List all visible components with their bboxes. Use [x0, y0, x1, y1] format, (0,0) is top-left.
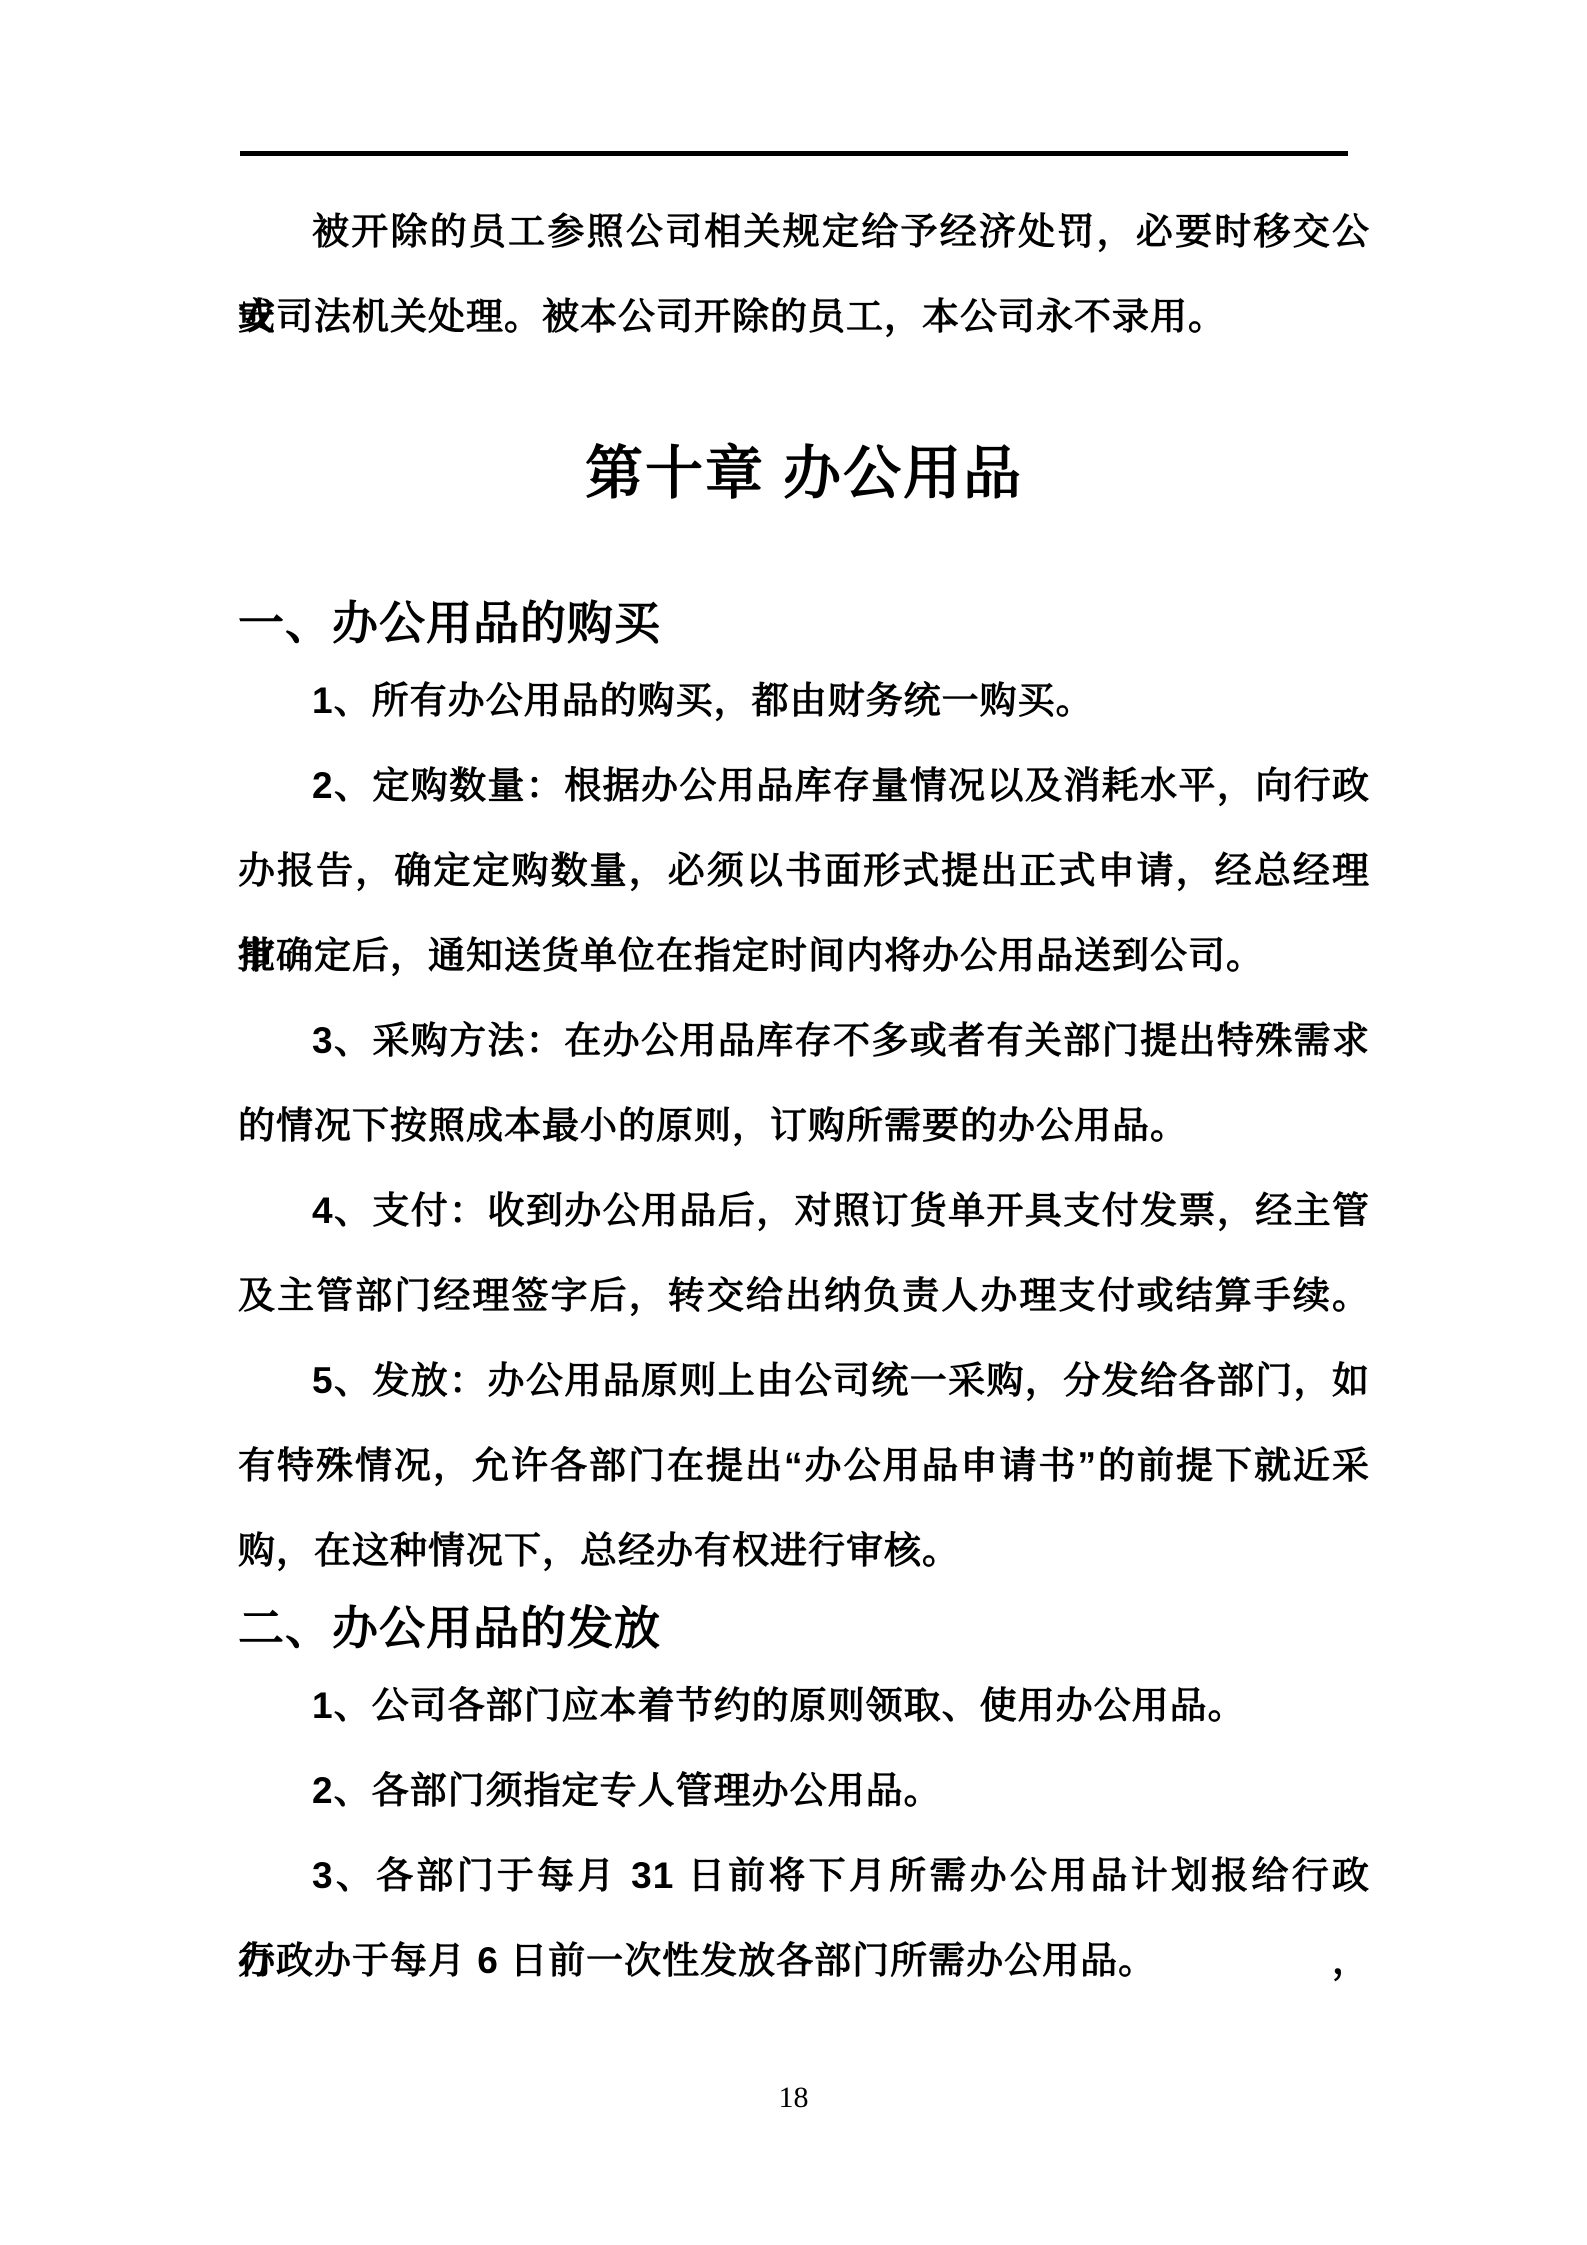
text-line: 办报告，确定定购数量，必须以书面形式提出正式申请，经总经理审 [238, 828, 1370, 913]
text-line: 2、各部门须指定专人管理办公用品。 [238, 1748, 1370, 1833]
paragraph-s2-item2: 2、各部门须指定专人管理办公用品。 [238, 1748, 1370, 1833]
text-line: 的情况下按照成本最小的原则，订购所需要的办公用品。 [238, 1083, 1370, 1168]
text-line: 及主管部门经理签字后，转交给出纳负责人办理支付或结算手续。 [238, 1253, 1370, 1338]
paragraph-s1-item5: 5、发放：办公用品原则上由公司统一采购，分发给各部门，如 有特殊情况，允许各部门… [238, 1338, 1370, 1593]
paragraph-s2-item3: 3、各部门于每月 31 日前将下月所需办公用品计划报给行政办， 行政办于每月 6… [238, 1833, 1370, 2003]
paragraph-s1-item3: 3、采购方法：在办公用品库存不多或者有关部门提出特殊需求 的情况下按照成本最小的… [238, 998, 1370, 1168]
page-content: 被开除的员工参照公司相关规定给予经济处罚，必要时移交公安 或司法机关处理。被本公… [238, 0, 1370, 2003]
page-number: 18 [0, 2078, 1587, 2118]
section1-heading: 一、办公用品的购买 [238, 588, 1370, 658]
text-line: 或司法机关处理。被本公司开除的员工，本公司永不录用。 [238, 274, 1370, 359]
text-line: 批确定后，通知送货单位在指定时间内将办公用品送到公司。 [238, 913, 1370, 998]
paragraph-s1-item2: 2、定购数量：根据办公用品库存量情况以及消耗水平，向行政 办报告，确定定购数量，… [238, 743, 1370, 998]
text-line: 3、采购方法：在办公用品库存不多或者有关部门提出特殊需求 [238, 998, 1370, 1083]
text-line: 购，在这种情况下，总经办有权进行审核。 [238, 1508, 1370, 1593]
chapter-heading: 第十章 办公用品 [238, 429, 1370, 519]
section2-heading: 二、办公用品的发放 [238, 1593, 1370, 1663]
paragraph-s1-item1: 1、所有办公用品的购买，都由财务统一购买。 [238, 658, 1370, 743]
text-line: 1、所有办公用品的购买，都由财务统一购买。 [238, 658, 1370, 743]
text-line: 5、发放：办公用品原则上由公司统一采购，分发给各部门，如 [238, 1338, 1370, 1423]
text-line: 3、各部门于每月 31 日前将下月所需办公用品计划报给行政办， [238, 1833, 1370, 1918]
paragraph-s1-item4: 4、支付：收到办公用品后，对照订货单开具支付发票，经主管 及主管部门经理签字后，… [238, 1168, 1370, 1338]
text-line: 1、公司各部门应本着节约的原则领取、使用办公用品。 [238, 1663, 1370, 1748]
text-line: 4、支付：收到办公用品后，对照订货单开具支付发票，经主管 [238, 1168, 1370, 1253]
text-line: 有特殊情况，允许各部门在提出“办公用品申请书”的前提下就近采 [238, 1423, 1370, 1508]
text-line: 被开除的员工参照公司相关规定给予经济处罚，必要时移交公安 [238, 189, 1370, 274]
text-line: 2、定购数量：根据办公用品库存量情况以及消耗水平，向行政 [238, 743, 1370, 828]
paragraph-s2-item1: 1、公司各部门应本着节约的原则领取、使用办公用品。 [238, 1663, 1370, 1748]
document-page: 被开除的员工参照公司相关规定给予经济处罚，必要时移交公安 或司法机关处理。被本公… [0, 0, 1587, 2245]
paragraph-intro: 被开除的员工参照公司相关规定给予经济处罚，必要时移交公安 或司法机关处理。被本公… [238, 189, 1370, 359]
